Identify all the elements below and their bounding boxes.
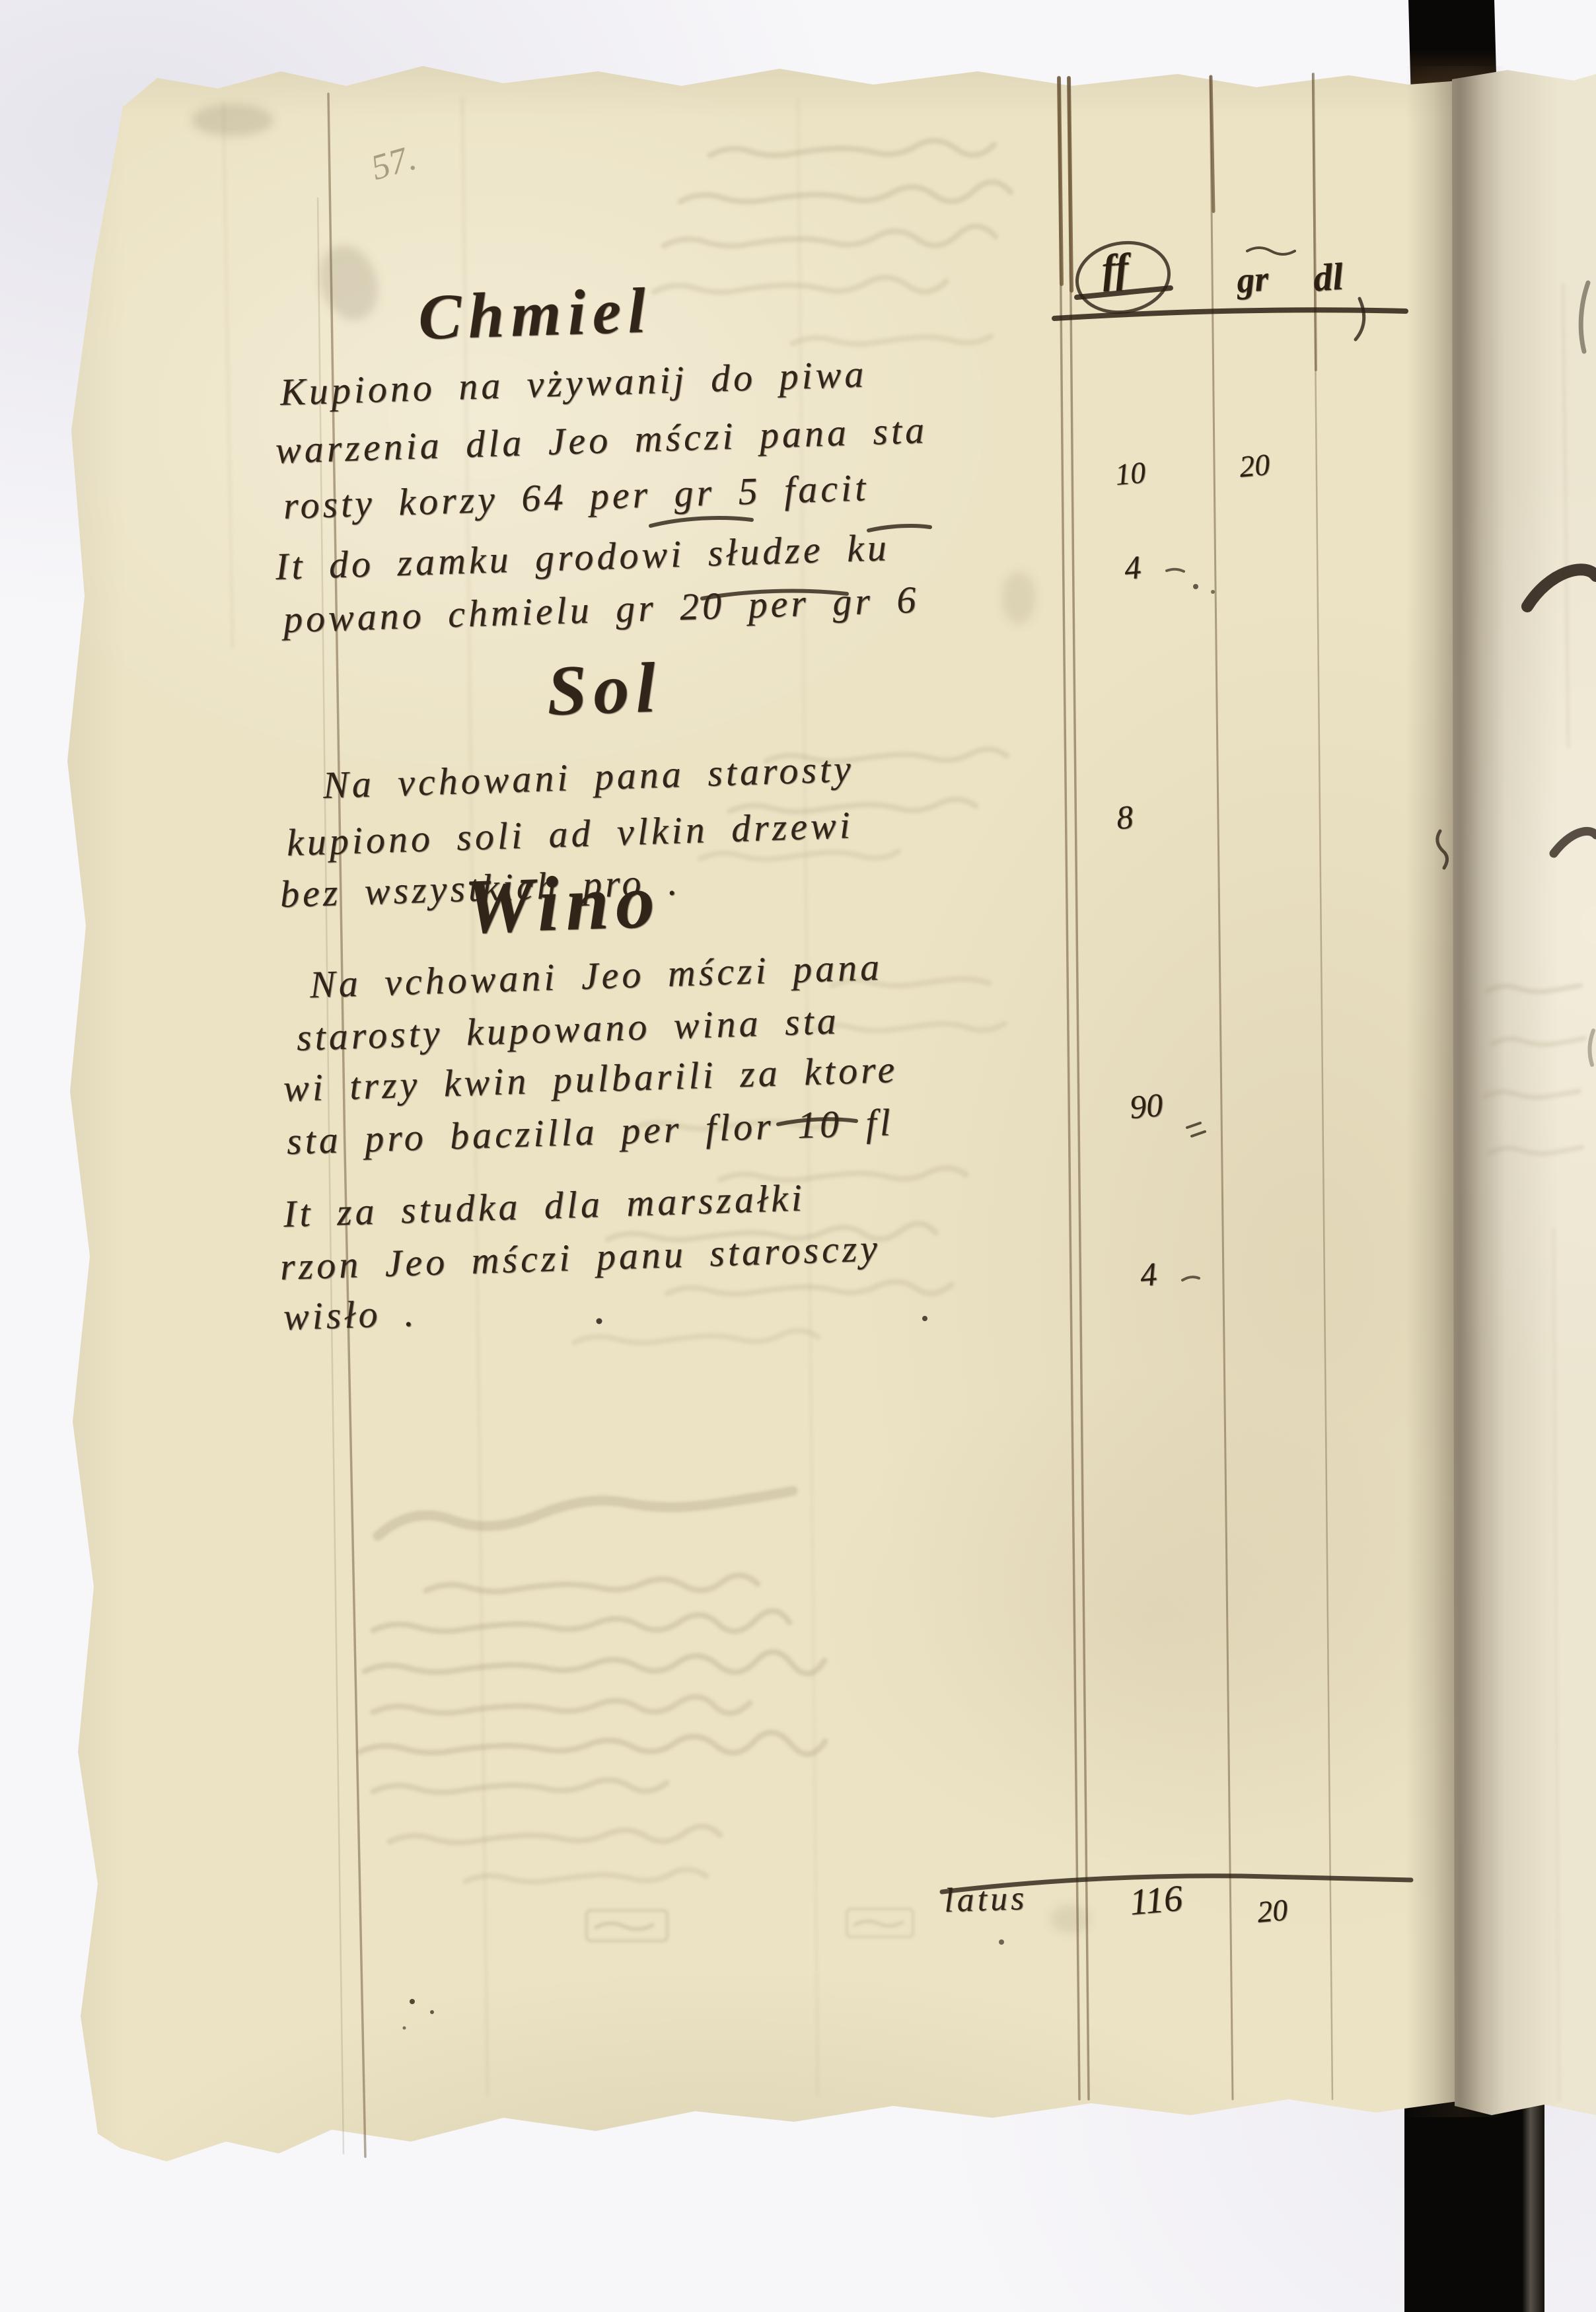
amount-florins: 90 [1128,1085,1165,1126]
amount-florins: 8 [1115,797,1135,837]
amount-florins: 10 [1114,454,1147,492]
entry-line: wisło . [283,1291,418,1339]
spine-strip-bottom [1404,2099,1544,2312]
section-heading-sol: Sol [546,647,663,733]
grossi-column-symbol: gr [1235,258,1270,301]
section-heading-chmiel: Chmiel [417,273,653,355]
section-heading-wino: Wino [463,856,663,952]
latus-label: latus [943,1879,1028,1920]
amount-florins: 4 [1139,1254,1159,1294]
ledger-page [0,0,1596,2312]
manuscript-scan: 57. ff gr dl Chmiel Kupiono na vżywanij … [0,0,1596,2312]
denarii-column-symbol: dl [1312,254,1345,301]
latus-total-groschen: 20 [1256,1892,1289,1930]
florin-column-symbol: ff [1101,245,1130,294]
amount-groschen: 20 [1238,447,1271,484]
latus-total-florins: 116 [1128,1877,1184,1924]
amount-florins: 4 [1123,548,1143,587]
